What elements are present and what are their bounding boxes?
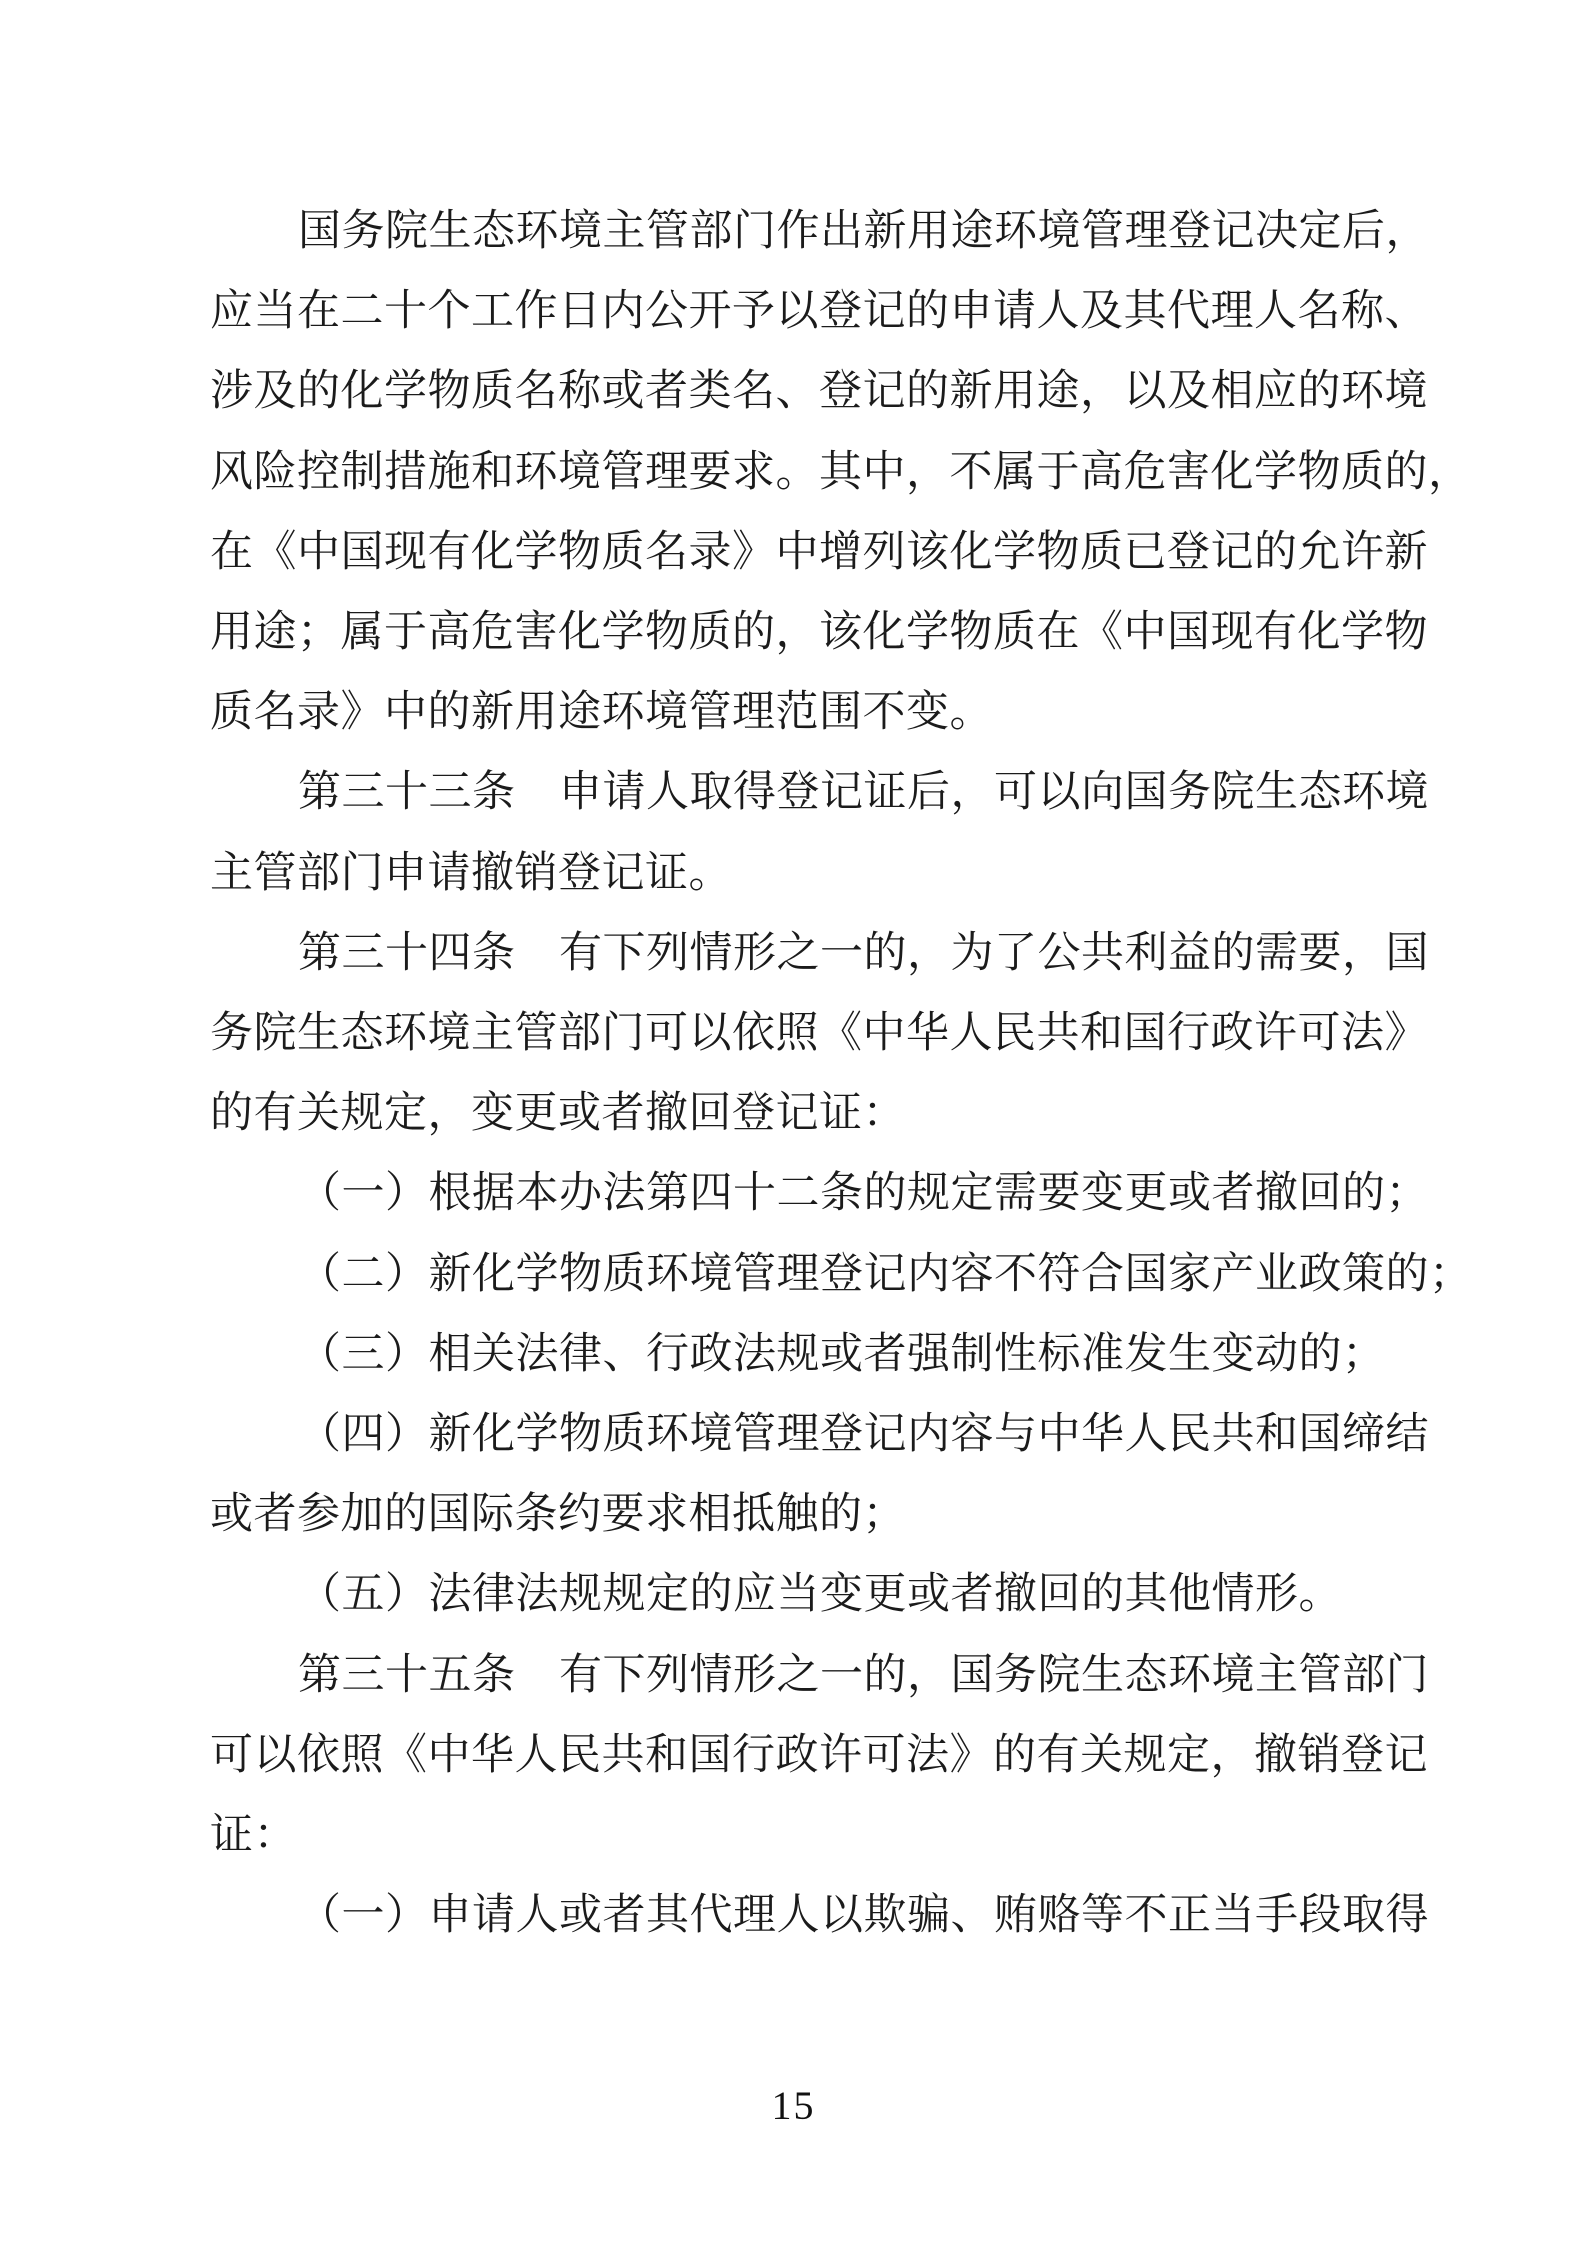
page-number: 15 [0, 2082, 1587, 2129]
text-line: 可以依照《中华人民共和国行政许可法》的有关规定，撤销登记 [210, 1716, 1395, 1796]
text-line: （一）根据本办法第四十二条的规定需要变更或者撤回的； [210, 1154, 1395, 1234]
text-line: 务院生态环境主管部门可以依照《中华人民共和国行政许可法》 [210, 994, 1395, 1074]
text-line: （二）新化学物质环境管理登记内容不符合国家产业政策的； [210, 1235, 1395, 1315]
text-line: 在《中国现有化学物质名录》中增列该化学物质已登记的允许新 [210, 513, 1395, 593]
text-line: 第三十五条 有下列情形之一的，国务院生态环境主管部门 [210, 1636, 1395, 1716]
text-line: 或者参加的国际条约要求相抵触的； [210, 1475, 1395, 1555]
text-line: 第三十三条 申请人取得登记证后，可以向国务院生态环境 [210, 753, 1395, 833]
text-line: 风险控制措施和环境管理要求。其中，不属于高危害化学物质的， [210, 433, 1395, 513]
text-line: 主管部门申请撤销登记证。 [210, 834, 1395, 914]
text-line: 第三十四条 有下列情形之一的，为了公共利益的需要，国 [210, 914, 1395, 994]
text-line: （一）申请人或者其代理人以欺骗、贿赂等不正当手段取得 [210, 1876, 1395, 1956]
text-line: （四）新化学物质环境管理登记内容与中华人民共和国缔结 [210, 1395, 1395, 1475]
document-page: 国务院生态环境主管部门作出新用途环境管理登记决定后，应当在二十个工作日内公开予以… [0, 0, 1587, 2245]
text-line: 涉及的化学物质名称或者类名、登记的新用途，以及相应的环境 [210, 352, 1395, 432]
text-block: 国务院生态环境主管部门作出新用途环境管理登记决定后，应当在二十个工作日内公开予以… [210, 192, 1395, 1956]
text-line: （五）法律法规规定的应当变更或者撤回的其他情形。 [210, 1555, 1395, 1635]
text-line: 国务院生态环境主管部门作出新用途环境管理登记决定后， [210, 192, 1395, 272]
text-line: 应当在二十个工作日内公开予以登记的申请人及其代理人名称、 [210, 272, 1395, 352]
text-line: 用途；属于高危害化学物质的，该化学物质在《中国现有化学物 [210, 593, 1395, 673]
text-line: 的有关规定，变更或者撤回登记证： [210, 1074, 1395, 1154]
text-line: 质名录》中的新用途环境管理范围不变。 [210, 673, 1395, 753]
text-line: （三）相关法律、行政法规或者强制性标准发生变动的； [210, 1315, 1395, 1395]
text-line: 证： [210, 1796, 1395, 1876]
